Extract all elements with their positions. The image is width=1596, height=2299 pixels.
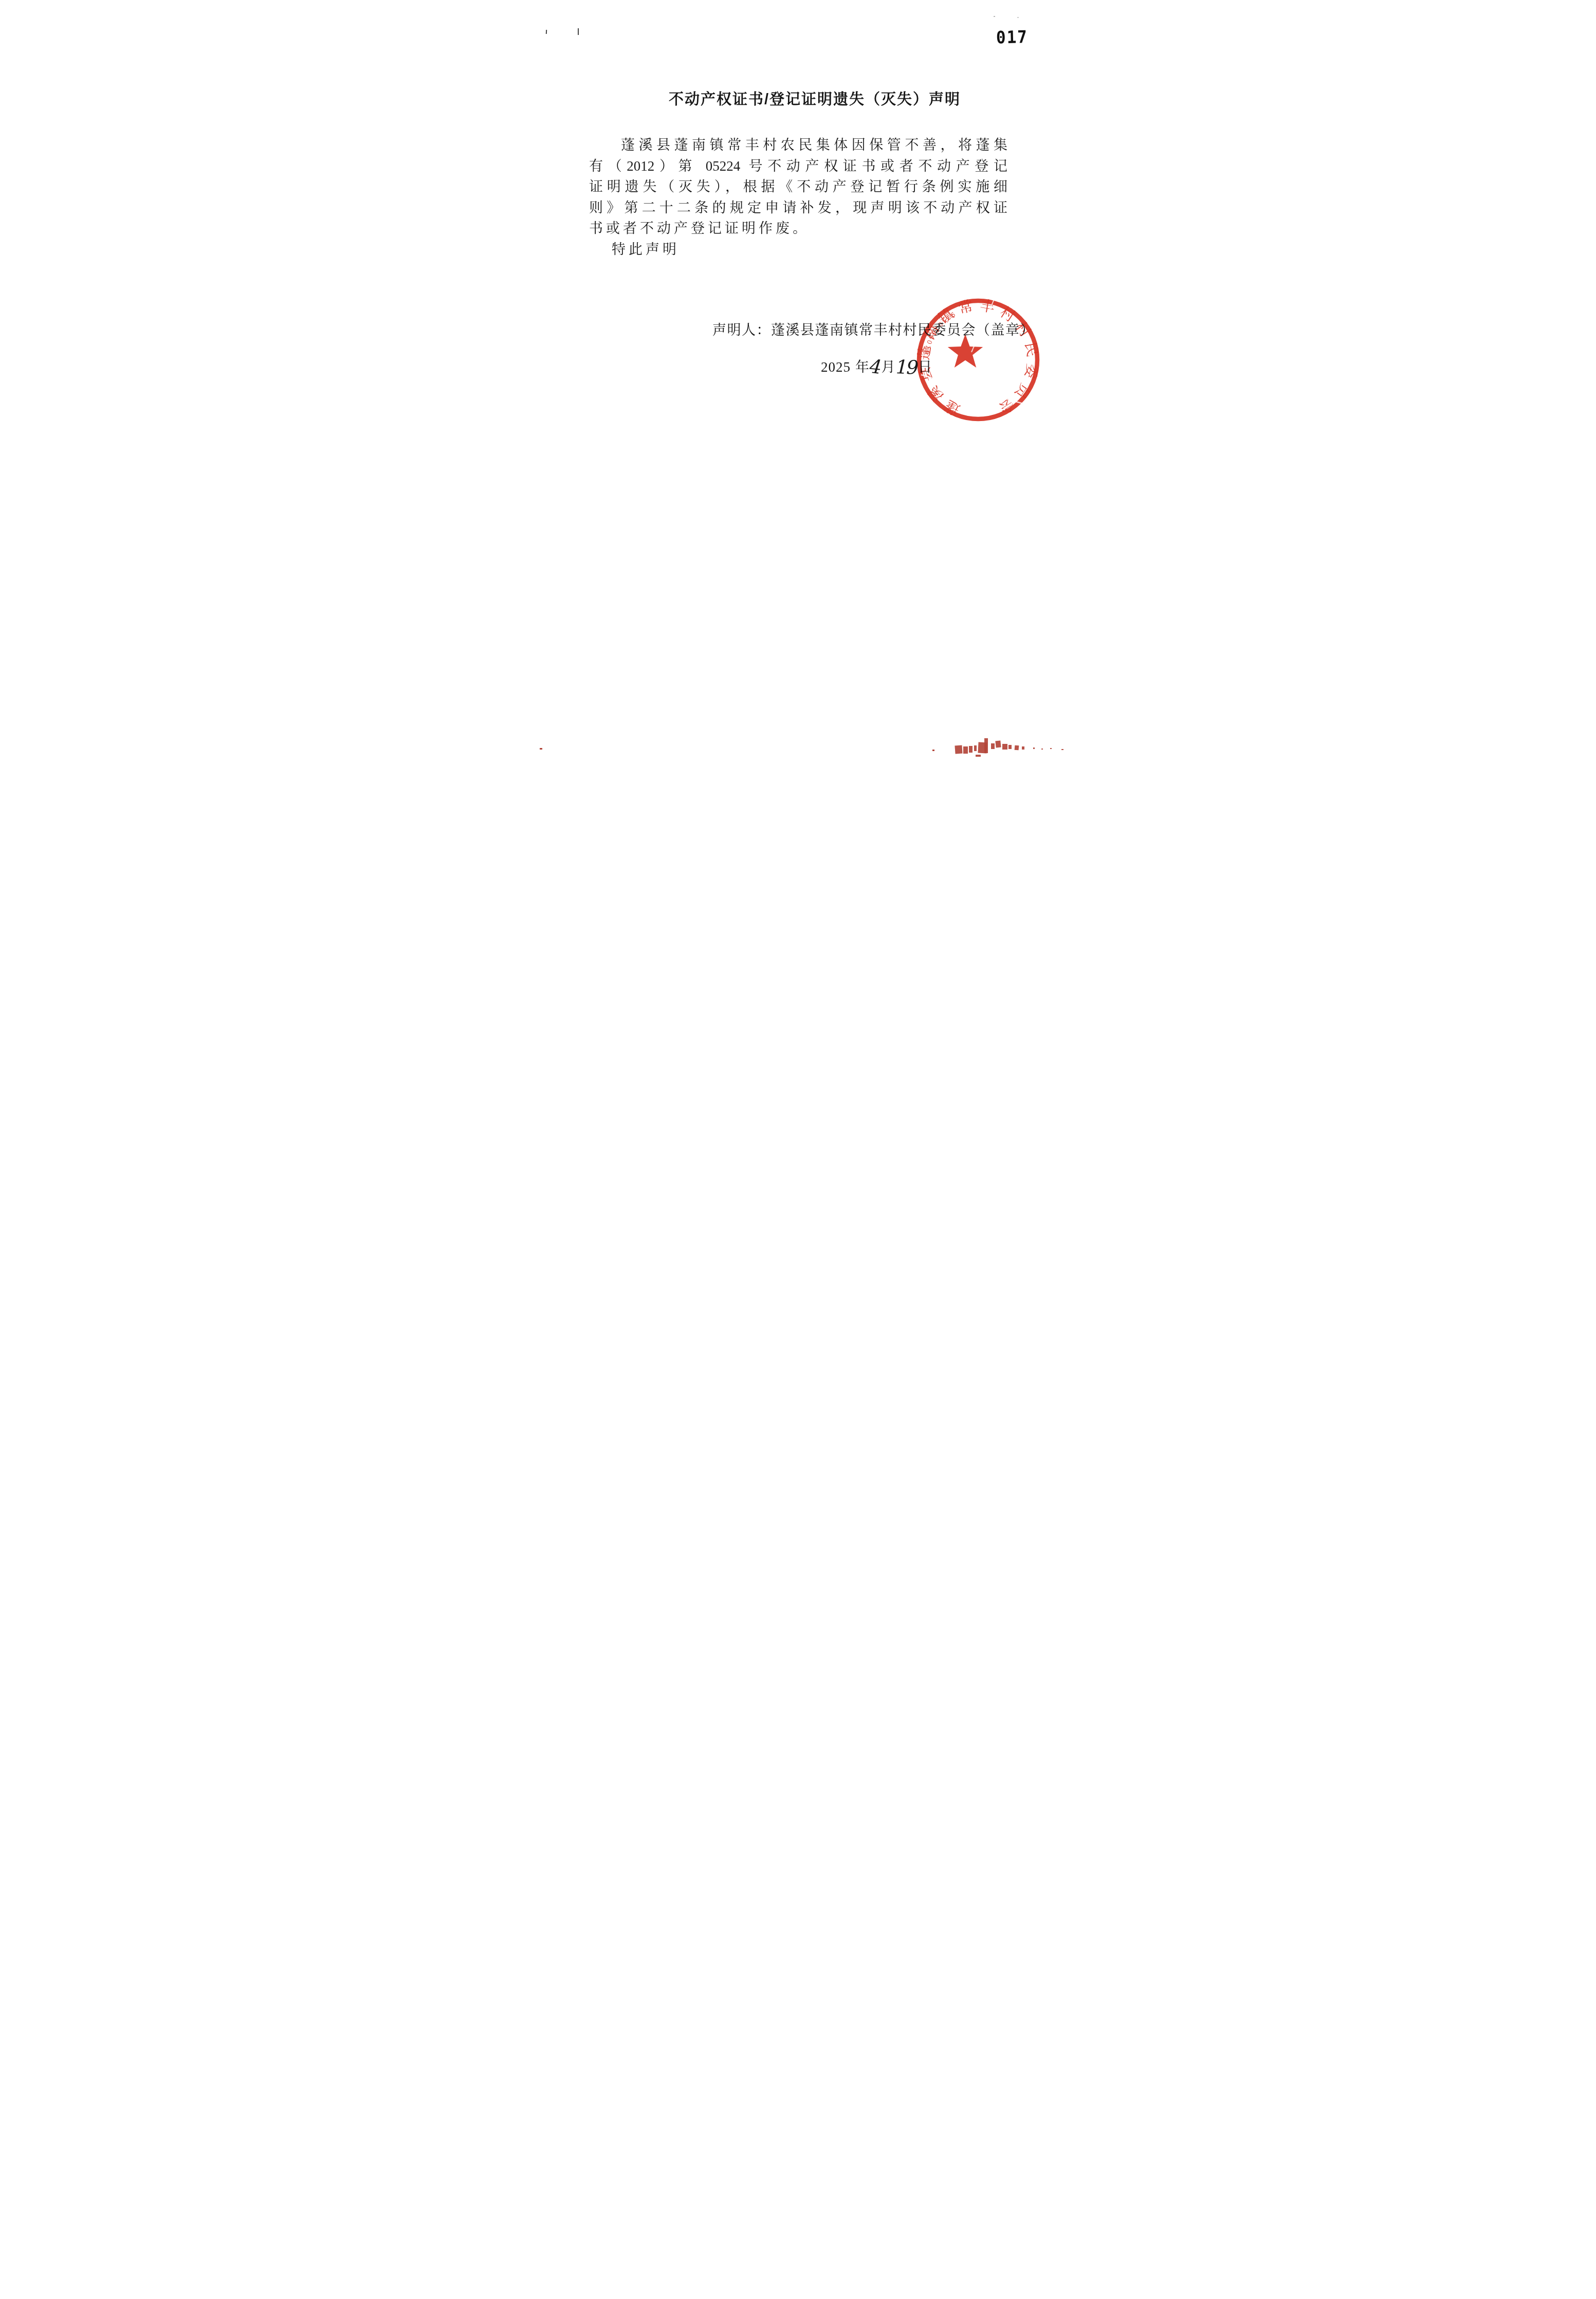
date-year: 2025 bbox=[821, 359, 851, 375]
stamp-fragment bbox=[984, 738, 988, 753]
body-line-3: 证明遗失（灭失），根据《不动产登记暂行条例实施细 bbox=[589, 176, 1007, 197]
date-month-handwritten: 4 bbox=[869, 359, 883, 374]
stamp-fragment-dot bbox=[540, 748, 542, 750]
scanned-declaration-page: 017 不动产权证书/登记证明遗失（灭失）声明 蓬溪县蓬南镇常丰村农民集体因保管… bbox=[532, 0, 1064, 767]
stamp-fragment bbox=[1033, 747, 1035, 749]
body-paragraph: 蓬溪县蓬南镇常丰村农民集体因保管不善，将蓬集 有（2012）第 05224 号不… bbox=[589, 135, 1007, 260]
stamp-fragment-dot bbox=[932, 750, 934, 751]
body-line-2: 有（2012）第 05224 号不动产权证书或者不动产登记 bbox=[589, 156, 1007, 177]
seal-star-icon bbox=[948, 334, 983, 368]
official-seal: 蓬溪县蓬南镇常丰村村民委员会 9750206019 bbox=[910, 291, 1047, 428]
stamp-fragment bbox=[1002, 744, 1007, 750]
scan-speck bbox=[546, 30, 547, 34]
body-line-6: 特此声明 bbox=[589, 239, 1007, 260]
page-number-stamp: 017 bbox=[996, 27, 1029, 48]
stamp-fragment bbox=[1061, 749, 1063, 750]
stamp-fragment bbox=[991, 743, 995, 749]
stamp-fragment bbox=[974, 745, 977, 751]
stamp-fragment bbox=[1008, 745, 1012, 749]
date-year-unit: 年 bbox=[855, 356, 870, 376]
stamp-fragment bbox=[1022, 746, 1024, 750]
stamp-fragment-cluster bbox=[946, 735, 1064, 765]
stamp-fragment bbox=[1041, 749, 1043, 750]
stamp-fragment bbox=[963, 746, 968, 754]
stamp-fragment bbox=[1015, 745, 1019, 751]
scan-speck bbox=[578, 28, 579, 35]
stamp-fragment bbox=[1050, 748, 1052, 749]
body-line-1: 蓬溪县蓬南镇常丰村农民集体因保管不善，将蓬集 bbox=[589, 135, 1007, 156]
stamp-fragment bbox=[976, 755, 981, 757]
stamp-fragment bbox=[955, 745, 962, 754]
body-line-4: 则》第二十二条的规定申请补发，现声明该不动产权证 bbox=[589, 197, 1007, 218]
scan-speck bbox=[994, 16, 995, 17]
stamp-fragment bbox=[995, 741, 1001, 748]
document-title: 不动产权证书/登记证明遗失（灭失）声明 bbox=[601, 88, 1028, 109]
scan-speck bbox=[1017, 17, 1019, 18]
body-line-5: 书或者不动产登记证明作废。 bbox=[589, 218, 1007, 239]
date-month-unit: 月 bbox=[882, 356, 896, 376]
stamp-fragment bbox=[969, 746, 973, 753]
